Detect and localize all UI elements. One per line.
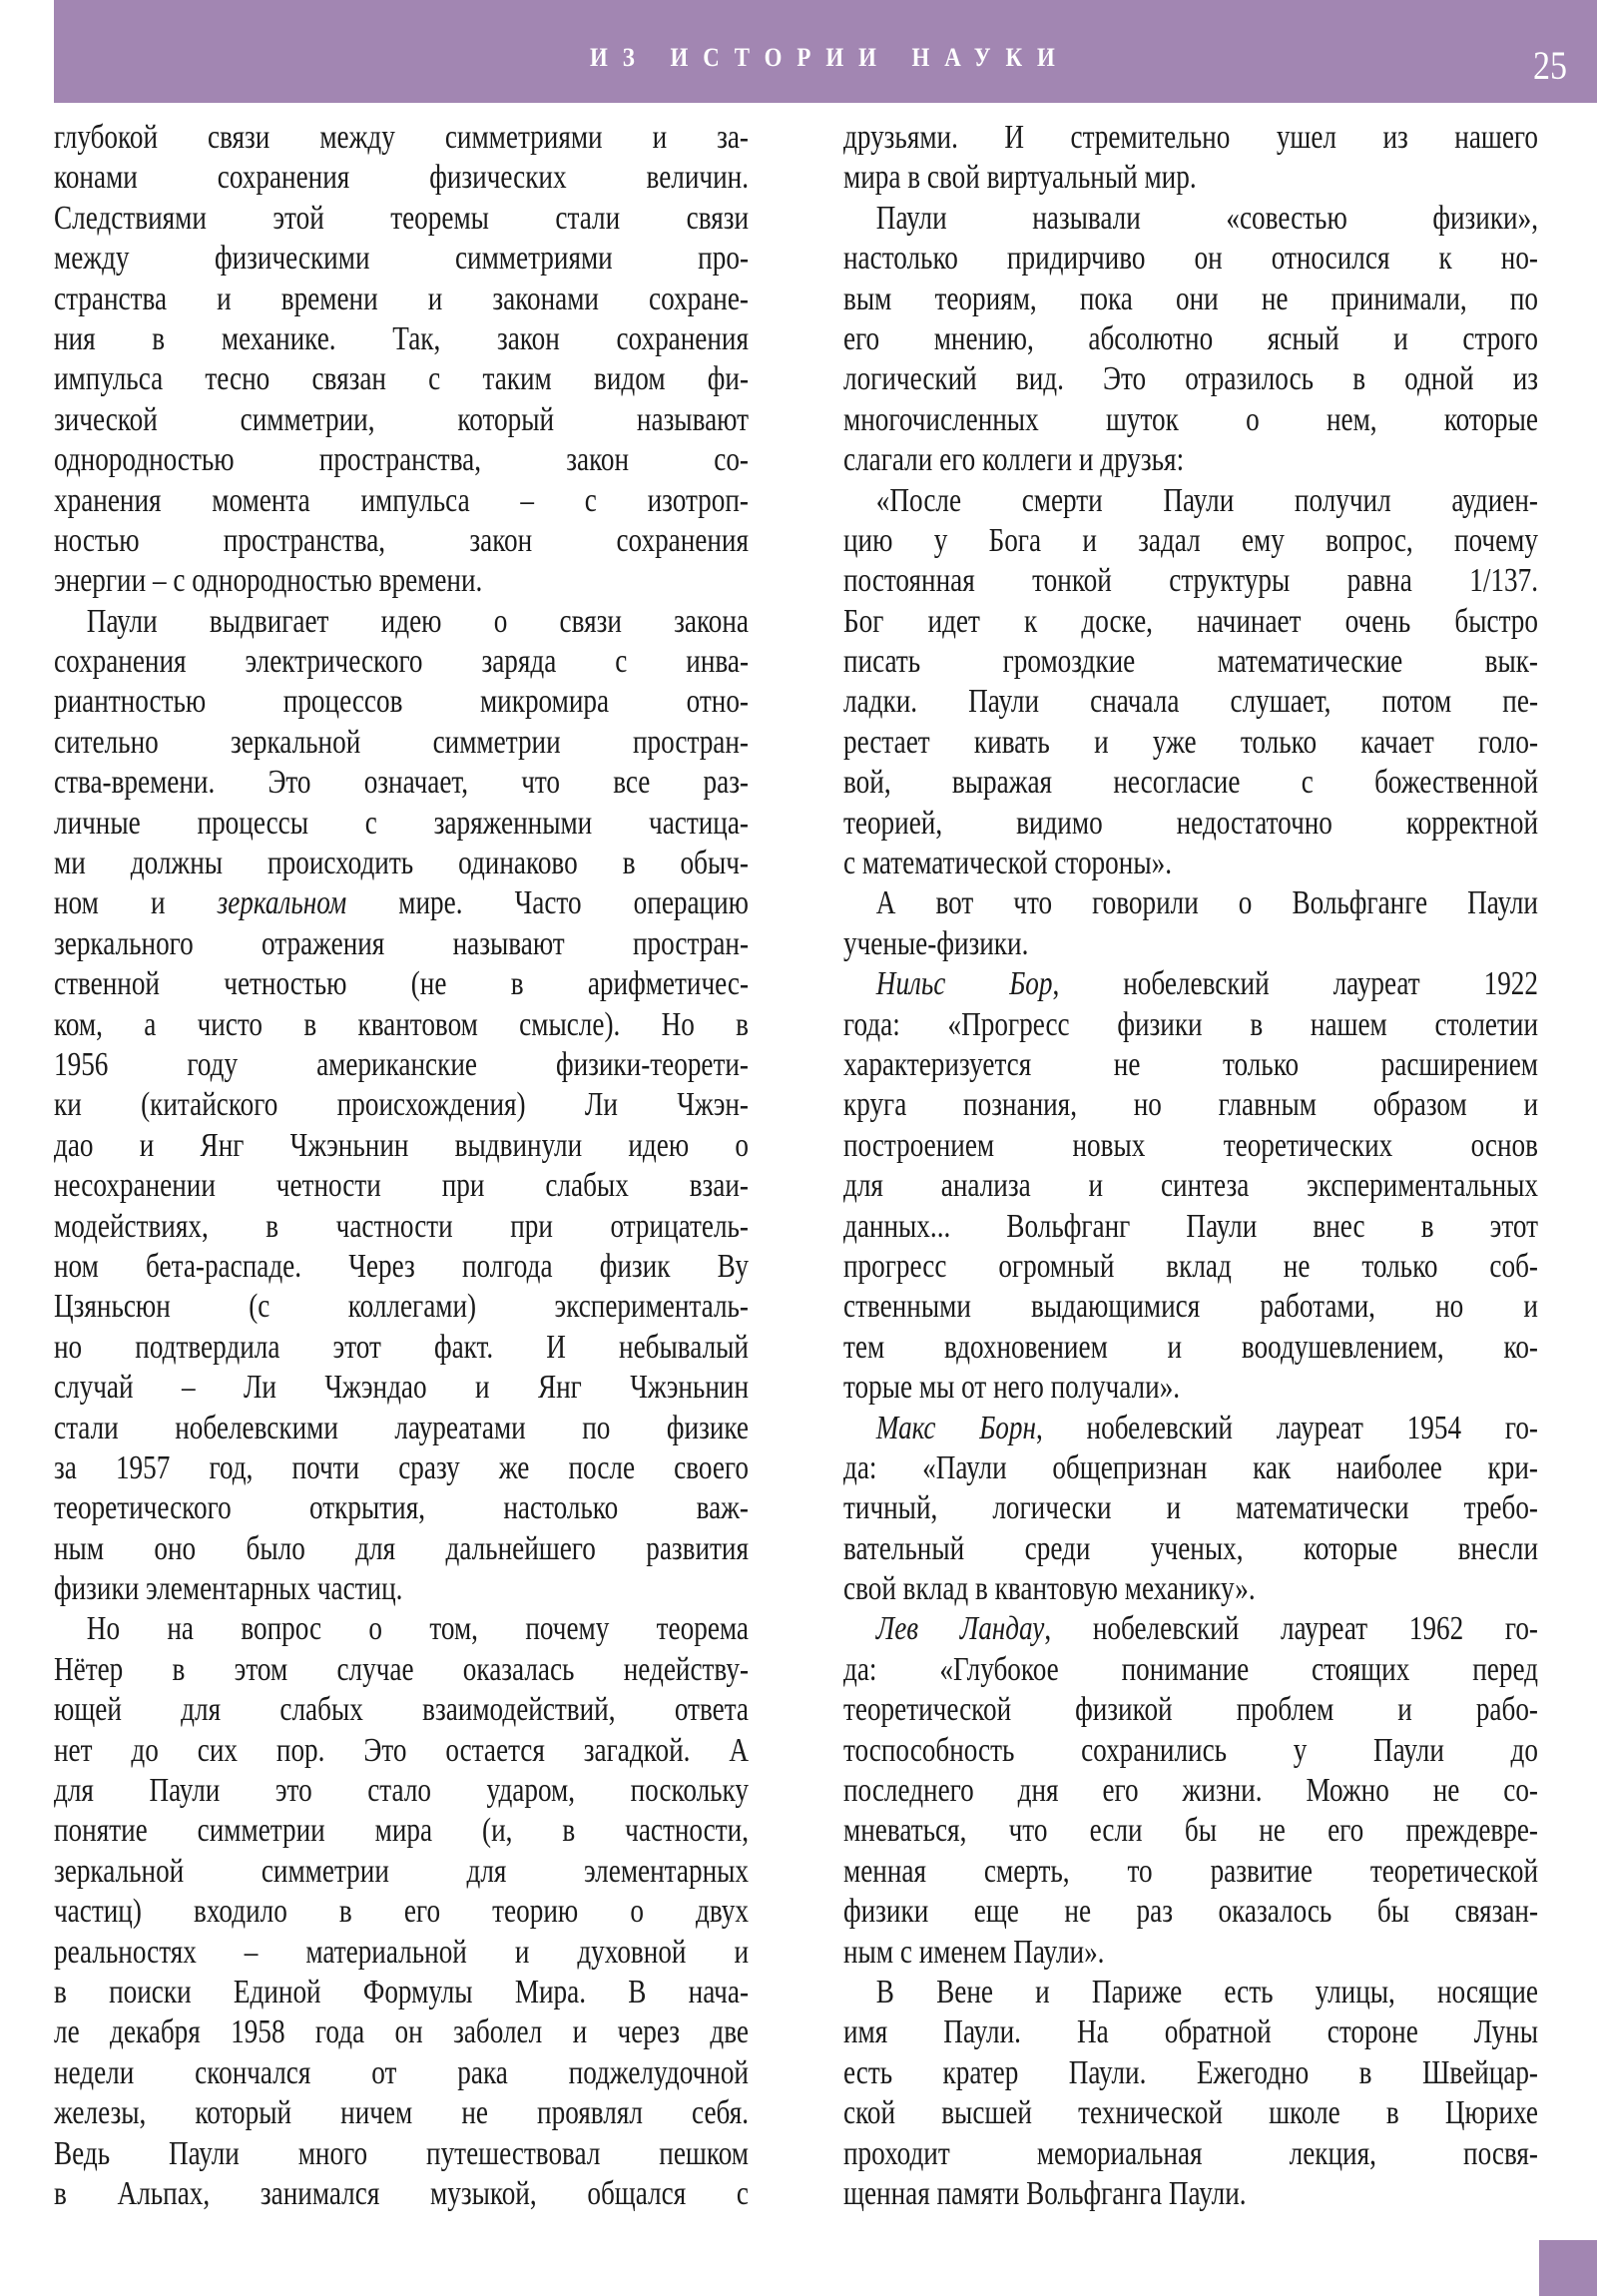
text-line: данных... Вольфганг Паули внес в этот — [843, 1207, 1540, 1247]
paragraph-start-line: В Вене и Париже есть улицы, носящие — [843, 1973, 1540, 2012]
text-line: личные процессы с заряженными частица- — [54, 804, 751, 844]
italic-term: зеркальном — [218, 884, 347, 921]
text-line: рестает кивать и уже только качает голо- — [843, 723, 1540, 763]
text-line: года: «Прогресс физики в нашем столетии — [843, 1005, 1540, 1045]
text-line: 1956 году американские физики-теорети- — [54, 1045, 751, 1085]
paragraph-start-line: Лев Ландау, нобелевский лауреат 1962 го- — [843, 1609, 1540, 1649]
text-line: проходит мемориальная лекция, посвя- — [843, 2134, 1540, 2174]
text-line: странства и времени и законами сохране- — [54, 280, 751, 319]
text-line: писать громоздкие математические вык- — [843, 642, 1540, 682]
text-line: Ведь Паули много путешествовал пешком — [54, 2134, 751, 2174]
text-line: цию у Бога и задал ему вопрос, почему — [843, 521, 1540, 561]
text-line: тем вдохновением и воодушевлением, ко- — [843, 1328, 1540, 1368]
text-line: многочисленных шуток о нем, которые — [843, 400, 1540, 440]
quoted-person-name: Нильс Бор — [876, 965, 1053, 1002]
text-line: дао и Янг Чжэньнин выдвинули идею о — [54, 1126, 751, 1166]
text-line: последнего дня его жизни. Можно не со- — [843, 1771, 1540, 1811]
paragraph-start-line: Но на вопрос о том, почему теорема — [54, 1609, 751, 1649]
text-line: вым теориям, пока они не принимали, по — [843, 280, 1540, 319]
text-line: ном бета-распаде. Через полгода физик Ву — [54, 1247, 751, 1287]
text-line: с математической стороны». — [843, 844, 1540, 883]
text-line: ства-времени. Это означает, что все раз- — [54, 763, 751, 803]
text-line: мира в свой виртуальный мир. — [843, 158, 1540, 198]
text-line: постоянная тонкой структуры равна 1/137. — [843, 561, 1540, 601]
right-text-column: друзьями. И стремительно ушел из нашего … — [843, 118, 1540, 2214]
text-line: в поиски Единой Формулы Мира. В нача- — [54, 1973, 751, 2012]
text-line: торые мы от него получали». — [843, 1368, 1540, 1408]
paragraph-start-line: Паули называли «совестью физики», — [843, 199, 1540, 239]
text-line: ми должны происходить одинаково в обыч- — [54, 844, 751, 883]
text-line: для анализа и синтеза экспериментальных — [843, 1166, 1540, 1206]
text-line: энергии – с однородностью времени. — [54, 561, 751, 601]
text-line: ным с именем Паули». — [843, 1933, 1540, 1973]
text-line: недели скончался от рака поджелудочной — [54, 2053, 751, 2093]
text-line: Следствиями этой теоремы стали связи — [54, 199, 751, 239]
text-line: теорией, видимо недостаточно корректной — [843, 804, 1540, 844]
text-line: ния в механике. Так, закон сохранения — [54, 319, 751, 359]
decorative-corner-block — [1539, 2240, 1597, 2296]
text-line: мневаться, что если бы не его преждевре- — [843, 1811, 1540, 1851]
text-line: глубокой связи между симметриями и за- — [54, 118, 751, 158]
text-line: Нётер в этом случае оказалась недейству- — [54, 1650, 751, 1690]
paragraph-start-line: «После смерти Паули получил аудиен- — [843, 481, 1540, 521]
text-line: сохранения электрического заряда с инва- — [54, 642, 751, 682]
text-line: вательный среди ученых, которые внесли — [843, 1529, 1540, 1569]
text-line: сительно зеркальной симметрии простран- — [54, 723, 751, 763]
text-line: теоретического открытия, настолько важ- — [54, 1488, 751, 1528]
text-line: зеркального отражения называют простран- — [54, 924, 751, 964]
page-number: 25 — [1533, 44, 1567, 88]
text-line: реальностях – материальной и духовной и — [54, 1933, 751, 1973]
section-header-bar: ИЗ ИСТОРИИ НАУКИ 25 — [54, 0, 1597, 103]
text-line: ле декабря 1958 года он заболел и через … — [54, 2012, 751, 2052]
text-line: тоспособность сохранились у Паули до — [843, 1731, 1540, 1771]
quoted-person-name: Лев Ландау — [876, 1610, 1045, 1647]
left-text-column: глубокой связи между симметриями и за- к… — [54, 118, 751, 2214]
text-line: слагали его коллеги и друзья: — [843, 440, 1540, 480]
text-line-with-italic: ном и зеркальном мире. Часто операцию — [54, 883, 751, 923]
text-line: зической симметрии, который называют — [54, 400, 751, 440]
text-line: прогресс огромный вклад не только соб- — [843, 1247, 1540, 1287]
text-line: за 1957 год, почти сразу же после своего — [54, 1448, 751, 1488]
quoted-person-name: Макс Борн — [876, 1410, 1036, 1446]
text-line: круга познания, но главным образом и — [843, 1085, 1540, 1125]
text-line: вой, выражая несогласие с божественной — [843, 763, 1540, 803]
text-line: модействиях, в частности при отрицатель- — [54, 1207, 751, 1247]
text-line: теоретической физикой проблем и рабо- — [843, 1690, 1540, 1730]
text-line: ным оно было для дальнейшего развития — [54, 1529, 751, 1569]
paragraph-start-line: Паули выдвигает идею о связи закона — [54, 602, 751, 642]
text-line: ученые-физики. — [843, 924, 1540, 964]
text-line: его мнению, абсолютно ясный и строго — [843, 319, 1540, 359]
section-title: ИЗ ИСТОРИИ НАУКИ — [147, 44, 1504, 72]
text-line: ющей для слабых взаимодействий, ответа — [54, 1690, 751, 1730]
text-line: логический вид. Это отразилось в одной и… — [843, 359, 1540, 399]
text-line: ственной четностью (не в арифметичес- — [54, 964, 751, 1004]
paragraph-start-line: Макс Борн, нобелевский лауреат 1954 го- — [843, 1409, 1540, 1448]
text-line: ностью пространства, закон сохранения — [54, 521, 751, 561]
text-line: друзьями. И стремительно ушел из нашего — [843, 118, 1540, 158]
text-line: железы, который ничем не проявлял себя. — [54, 2093, 751, 2133]
text-line: щенная памяти Вольфганга Паули. — [843, 2174, 1540, 2214]
text-line: стали нобелевскими лауреатами по физике — [54, 1409, 751, 1448]
text-line: однородностью пространства, закон со- — [54, 440, 751, 480]
text-line: ком, а чисто в квантовом смысле). Но в — [54, 1005, 751, 1045]
text-line: случай – Ли Чжэндао и Янг Чжэньнин — [54, 1368, 751, 1408]
text-line: в Альпах, занимался музыкой, общался с — [54, 2174, 751, 2214]
text-line: Бог идет к доске, начинает очень быстро — [843, 602, 1540, 642]
text-line: характеризуется не только расширением — [843, 1045, 1540, 1085]
text-line: ской высшей технической школе в Цюрихе — [843, 2093, 1540, 2133]
text-line: ладки. Паули сначала слушает, потом пе- — [843, 682, 1540, 722]
text-line: Цзяньсюн (с коллегами) эксперименталь- — [54, 1287, 751, 1327]
text-line: физики еще не раз оказалось бы связан- — [843, 1892, 1540, 1932]
text-line: менная смерть, то развитие теоретической — [843, 1852, 1540, 1892]
text-line: построением новых теоретических основ — [843, 1126, 1540, 1166]
text-line: частиц) входило в его теорию о двух — [54, 1892, 751, 1932]
text-line: нет до сих пор. Это остается загадкой. А — [54, 1731, 751, 1771]
text-line: но подтвердила этот факт. И небывалый — [54, 1328, 751, 1368]
text-line: да: «Глубокое понимание стоящих перед — [843, 1650, 1540, 1690]
text-line: ственными выдающимися работами, но и — [843, 1287, 1540, 1327]
text-line: несохранении четности при слабых взаи- — [54, 1166, 751, 1206]
text-line: импульса тесно связан с таким видом фи- — [54, 359, 751, 399]
text-line: физики элементарных частиц. — [54, 1569, 751, 1609]
text-line: для Паули это стало ударом, поскольку — [54, 1771, 751, 1811]
paragraph-start-line: А вот что говорили о Вольфганге Паули — [843, 883, 1540, 923]
text-line: да: «Паули общепризнан как наиболее кри- — [843, 1448, 1540, 1488]
text-line: понятие симметрии мира (и, в частности, — [54, 1811, 751, 1851]
text-line: хранения момента импульса – с изотроп- — [54, 481, 751, 521]
text-line: свой вклад в квантовую механику». — [843, 1569, 1540, 1609]
paragraph-start-line: Нильс Бор, нобелевский лауреат 1922 — [843, 964, 1540, 1004]
text-line: риантностью процессов микромира отно- — [54, 682, 751, 722]
text-line: есть кратер Паули. Ежегодно в Швейцар- — [843, 2053, 1540, 2093]
text-line: имя Паули. На обратной стороне Луны — [843, 2012, 1540, 2052]
text-line: тичный, логически и математически требо- — [843, 1488, 1540, 1528]
text-line: конами сохранения физических величин. — [54, 158, 751, 198]
text-line: между физическими симметриями про- — [54, 239, 751, 279]
text-line: настолько придирчиво он относился к но- — [843, 239, 1540, 279]
text-line: зеркальной симметрии для элементарных — [54, 1852, 751, 1892]
text-line: ки (китайского происхождения) Ли Чжэн- — [54, 1085, 751, 1125]
